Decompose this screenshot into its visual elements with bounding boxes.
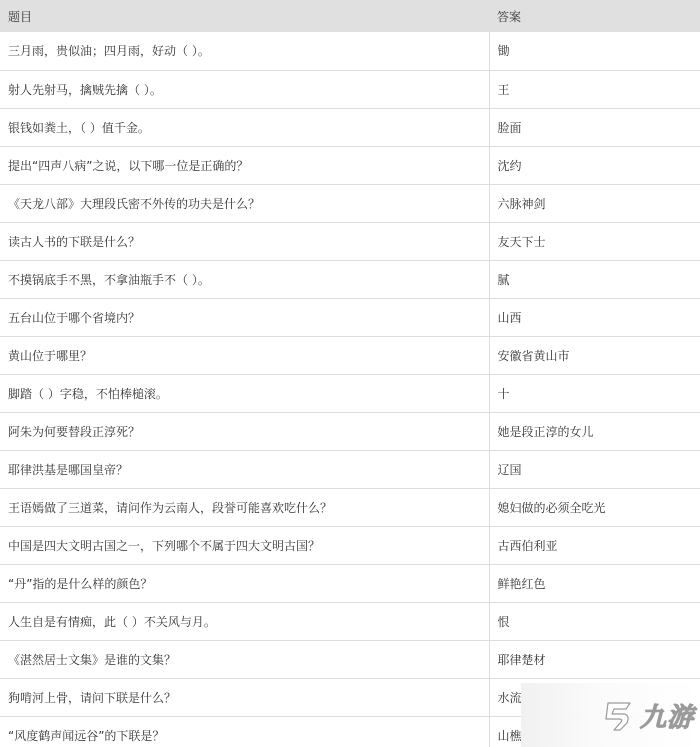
table-row: 黄山位于哪里？安徽省黄山市: [0, 336, 700, 374]
table-header-row: 题目 答案: [0, 0, 700, 32]
answer-cell: 脸面: [489, 108, 700, 146]
question-cell: 脚踏（ ）字稳，不怕棒槌滚。: [0, 374, 489, 412]
answer-cell: 山西: [489, 298, 700, 336]
table-row: 银钱如粪土，（ ）值千金。脸面: [0, 108, 700, 146]
question-cell: 中国是四大文明古国之一，下列哪个不属于四大文明古国？: [0, 526, 489, 564]
answer-cell: 友天下士: [489, 222, 700, 260]
question-cell: 《湛然居士文集》是谁的文集？: [0, 640, 489, 678]
answer-cell: 王: [489, 70, 700, 108]
answer-cell: 沈约: [489, 146, 700, 184]
answer-cell: 辽国: [489, 450, 700, 488]
table-row: 五台山位于哪个省境内？山西: [0, 298, 700, 336]
column-header-question: 题目: [0, 0, 489, 32]
watermark: 九游: [521, 683, 700, 747]
question-cell: 五台山位于哪个省境内？: [0, 298, 489, 336]
question-cell: 王语嫣做了三道菜，请问作为云南人，段誉可能喜欢吃什么？: [0, 488, 489, 526]
table-row: 脚踏（ ）字稳，不怕棒槌滚。十: [0, 374, 700, 412]
qa-table: 题目 答案 三月雨，贵似油；四月雨，好动（ ）。锄射人先射马，擒贼先擒（ ）。王…: [0, 0, 700, 747]
table-row: 人生自是有情痴，此（ ）不关风与月。恨: [0, 602, 700, 640]
answer-cell: 古西伯利亚: [489, 526, 700, 564]
answer-cell: 六脉神剑: [489, 184, 700, 222]
question-cell: 提出“四声八病”之说，以下哪一位是正确的？: [0, 146, 489, 184]
question-cell: 黄山位于哪里？: [0, 336, 489, 374]
answer-cell: 鲜艳红色: [489, 564, 700, 602]
question-cell: 阿朱为何要替段正淳死？: [0, 412, 489, 450]
answer-cell: 锄: [489, 32, 700, 70]
column-header-answer: 答案: [489, 0, 700, 32]
question-cell: 人生自是有情痴，此（ ）不关风与月。: [0, 602, 489, 640]
table-row: 王语嫣做了三道菜，请问作为云南人，段誉可能喜欢吃什么？媳妇做的必须全吃光: [0, 488, 700, 526]
question-cell: 射人先射马，擒贼先擒（ ）。: [0, 70, 489, 108]
answer-cell: 耶律楚材: [489, 640, 700, 678]
question-cell: “丹”指的是什么样的颜色？: [0, 564, 489, 602]
question-cell: 《天龙八部》大理段氏密不外传的功夫是什么？: [0, 184, 489, 222]
jiuyou-logo-icon: [600, 697, 636, 733]
question-cell: 银钱如粪土，（ ）值千金。: [0, 108, 489, 146]
table-row: 读古人书的下联是什么？友天下士: [0, 222, 700, 260]
question-cell: 三月雨，贵似油；四月雨，好动（ ）。: [0, 32, 489, 70]
answer-cell: 媳妇做的必须全吃光: [489, 488, 700, 526]
table-row: 耶律洪基是哪国皇帝？辽国: [0, 450, 700, 488]
answer-cell: 十: [489, 374, 700, 412]
question-cell: “风度鹤声闻远谷”的下联是？: [0, 716, 489, 747]
watermark-text: 九游: [640, 697, 694, 734]
question-cell: 耶律洪基是哪国皇帝？: [0, 450, 489, 488]
table-row: 中国是四大文明古国之一，下列哪个不属于四大文明古国？古西伯利亚: [0, 526, 700, 564]
answer-cell: 恨: [489, 602, 700, 640]
table-row: 《湛然居士文集》是谁的文集？耶律楚材: [0, 640, 700, 678]
table-row: 三月雨，贵似油；四月雨，好动（ ）。锄: [0, 32, 700, 70]
table-row: 不摸锅底手不黑，不拿油瓶手不（ ）。腻: [0, 260, 700, 298]
question-cell: 读古人书的下联是什么？: [0, 222, 489, 260]
table-row: 阿朱为何要替段正淳死？她是段正淳的女儿: [0, 412, 700, 450]
table-row: 《天龙八部》大理段氏密不外传的功夫是什么？六脉神剑: [0, 184, 700, 222]
answer-cell: 她是段正淳的女儿: [489, 412, 700, 450]
table-row: 提出“四声八病”之说，以下哪一位是正确的？沈约: [0, 146, 700, 184]
table-row: 射人先射马，擒贼先擒（ ）。王: [0, 70, 700, 108]
answer-cell: 安徽省黄山市: [489, 336, 700, 374]
table-row: “丹”指的是什么样的颜色？鲜艳红色: [0, 564, 700, 602]
question-cell: 狗啃河上骨，请问下联是什么？: [0, 678, 489, 716]
answer-cell: 腻: [489, 260, 700, 298]
question-cell: 不摸锅底手不黑，不拿油瓶手不（ ）。: [0, 260, 489, 298]
watermark-logo: 九游: [600, 697, 694, 734]
